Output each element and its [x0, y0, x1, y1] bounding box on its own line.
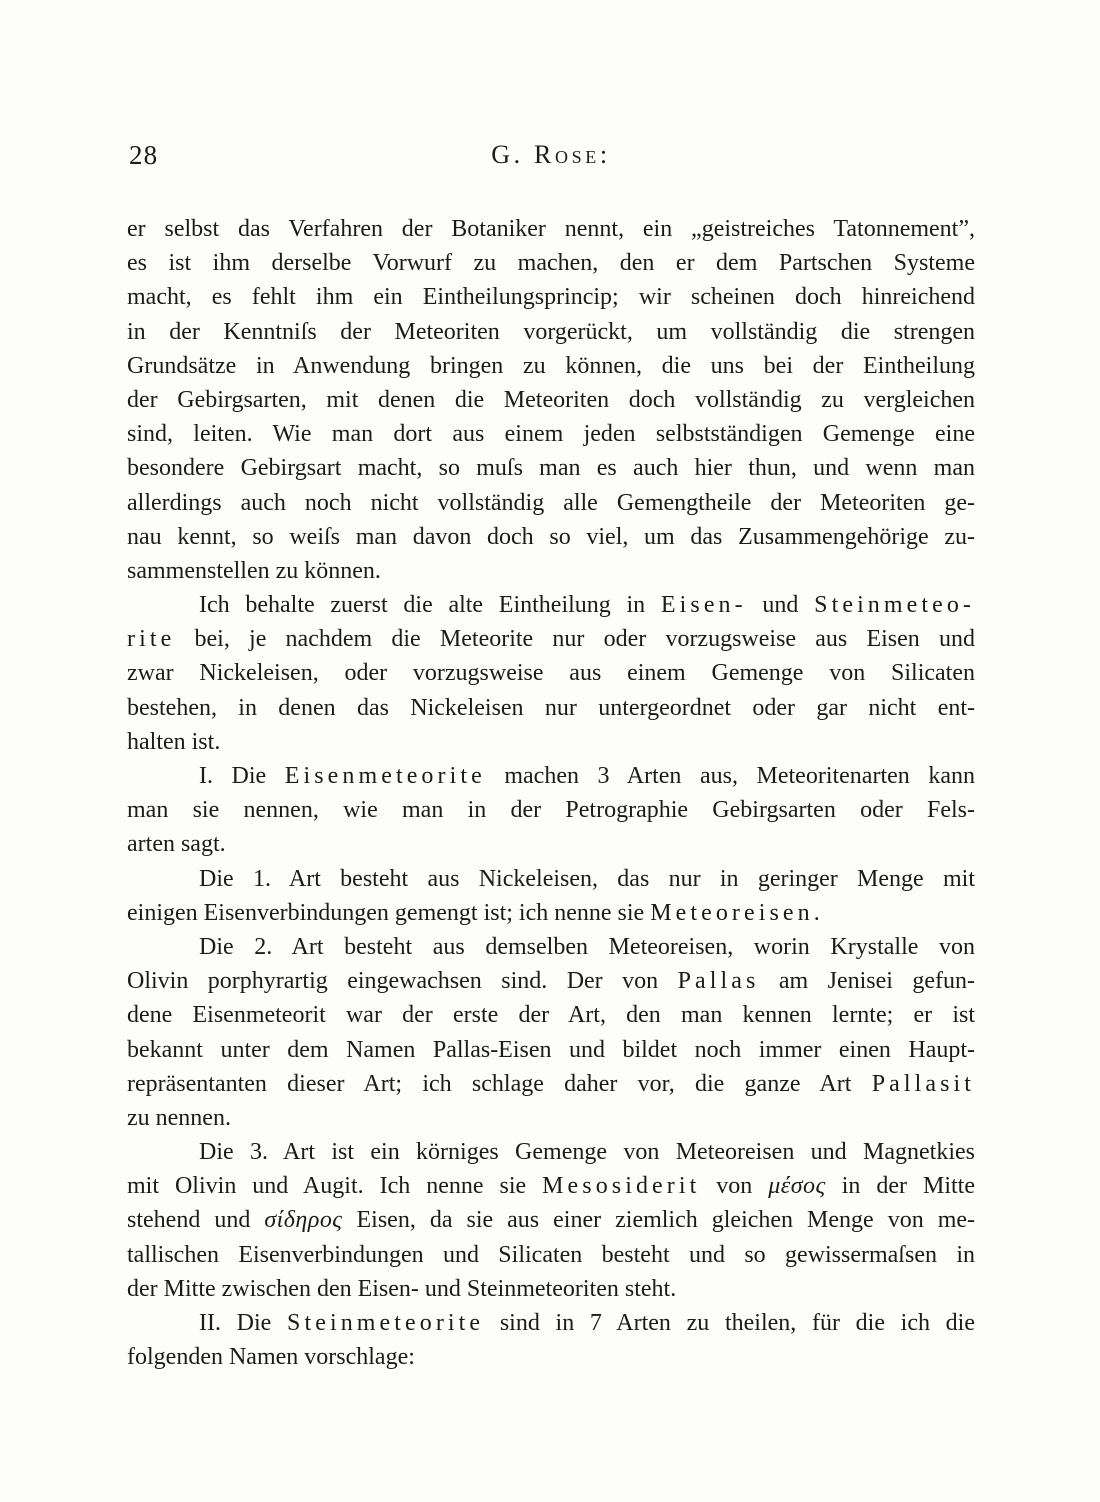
letterspaced-term: Eisen- [661, 592, 747, 618]
text-segment: folgenden Namen vorschlage: [127, 1344, 415, 1370]
text-segment: von [700, 1173, 768, 1199]
text-line: zwar Nickeleisen, oder vorzugsweise aus … [127, 656, 975, 690]
text-line: der Mitte zwischen den Eisen- und Steinm… [127, 1272, 975, 1306]
text-line: besondere Gebirgsart macht, so muſs man … [127, 451, 975, 485]
letterspaced-term: Meteoreisen [650, 900, 814, 926]
text-segment: sammenstellen zu können. [127, 558, 381, 584]
text-line: einigen Eisenverbindungen gemengt ist; i… [127, 896, 975, 930]
text-segment: und [747, 592, 814, 618]
text-line: halten ist. [127, 725, 975, 759]
text-segment: Ich behalte zuerst die alte Eintheilung … [199, 592, 661, 618]
text-segment: Die 3. Art ist ein körniges Gemenge von … [199, 1139, 975, 1165]
text-segment: zu nennen. [127, 1105, 231, 1131]
text-line: rite bei, je nachdem die Meteorite nur o… [127, 622, 975, 656]
text-line: der Gebirgsarten, mit denen die Meteorit… [127, 383, 975, 417]
text-segment: zwar Nickeleisen, oder vorzugsweise aus … [127, 660, 975, 686]
text-segment: einigen Eisenverbindungen gemengt ist; i… [127, 900, 650, 926]
text-line: stehend und σίδηρος Eisen, da sie aus ei… [127, 1203, 975, 1237]
text-segment: der Mitte zwischen den Eisen- und Steinm… [127, 1276, 676, 1302]
text-segment: man sie nennen, wie man in der Petrograp… [127, 797, 975, 823]
text-line: sammenstellen zu können. [127, 554, 975, 588]
page-number: 28 [129, 140, 158, 171]
letterspaced-term: Mesosiderit [542, 1173, 700, 1199]
text-line: Die 3. Art ist ein körniges Gemenge von … [127, 1135, 975, 1169]
greek-term: σίδηρος [264, 1207, 342, 1233]
text-line: Die 2. Art besteht aus demselben Meteore… [127, 930, 975, 964]
text-line: er selbst das Verfahren der Botaniker ne… [127, 212, 975, 246]
text-segment: arten sagt. [127, 831, 226, 857]
text-line: mit Olivin und Augit. Ich nenne sie Meso… [127, 1169, 975, 1203]
text-line: allerdings auch noch nicht vollständig a… [127, 486, 975, 520]
text-line: Die 1. Art besteht aus Nickeleisen, das … [127, 862, 975, 896]
text-line: man sie nennen, wie man in der Petrograp… [127, 793, 975, 827]
text-segment: dene Eisenmeteorit war der erste der Art… [127, 1002, 975, 1028]
text-line: dene Eisenmeteorit war der erste der Art… [127, 998, 975, 1032]
text-line: sind, leiten. Wie man dort aus einem jed… [127, 417, 975, 451]
text-line: I. Die Eisenmeteorite machen 3 Arten aus… [127, 759, 975, 793]
text-segment: macht, es fehlt ihm ein Eintheilungsprin… [127, 284, 975, 310]
text-segment: Die 2. Art besteht aus demselben Meteore… [199, 934, 975, 960]
text-segment: mit Olivin und Augit. Ich nenne sie [127, 1173, 542, 1199]
text-segment: nau kennt, so weiſs man davon doch so vi… [127, 524, 975, 550]
text-line: bekannt unter dem Namen Pallas-Eisen und… [127, 1033, 975, 1067]
text-segment: der Gebirgsarten, mit denen die Meteorit… [127, 387, 975, 413]
text-segment: allerdings auch noch nicht vollständig a… [127, 490, 975, 516]
text-line: folgenden Namen vorschlage: [127, 1340, 975, 1374]
text-line: bestehen, in denen das Nickeleisen nur u… [127, 691, 975, 725]
text-line: II. Die Steinmeteorite sind in 7 Arten z… [127, 1306, 975, 1340]
text-line: Grundsätze in Anwendung bringen zu könne… [127, 349, 975, 383]
letterspaced-term: Steinmeteo- [814, 592, 975, 618]
page-header: 28 G. Rose: [127, 140, 975, 172]
book-page: 28 G. Rose: er selbst das Verfahren der … [0, 0, 1100, 1502]
letterspaced-term: Pallas [678, 968, 760, 994]
letterspaced-term: Steinmeteorite [287, 1310, 484, 1336]
text-segment: sind, leiten. Wie man dort aus einem jed… [127, 421, 975, 447]
text-segment: am Jenisei gefun- [759, 968, 975, 994]
text-segment: II. Die [199, 1310, 287, 1336]
text-segment: bekannt unter dem Namen Pallas-Eisen und… [127, 1037, 975, 1063]
text-segment: bei, je nachdem die Meteorite nur oder v… [175, 626, 975, 652]
text-line: in der Kenntniſs der Meteoriten vorgerüc… [127, 315, 975, 349]
text-line: Olivin porphyrartig eingewachsen sind. D… [127, 964, 975, 998]
text-segment: stehend und [127, 1207, 264, 1233]
body-text: er selbst das Verfahren der Botaniker ne… [127, 212, 975, 1374]
letterspaced-term: Pallasit [872, 1071, 975, 1097]
text-segment: in der Kenntniſs der Meteoriten vorgerüc… [127, 319, 975, 345]
text-line: Ich behalte zuerst die alte Eintheilung … [127, 588, 975, 622]
text-segment: . [814, 900, 820, 926]
text-line: repräsentanten dieser Art; ich schlage d… [127, 1067, 975, 1101]
text-segment: Olivin porphyrartig eingewachsen sind. D… [127, 968, 678, 994]
running-head: G. Rose: [127, 140, 975, 170]
text-line: tallischen Eisenverbindungen und Silicat… [127, 1238, 975, 1272]
text-segment: Die 1. Art besteht aus Nickeleisen, das … [199, 866, 975, 892]
text-segment: es ist ihm derselbe Vorwurf zu machen, d… [127, 250, 975, 276]
text-segment: machen 3 Arten aus, Meteoritenarten kann [486, 763, 975, 789]
text-segment: er selbst das Verfahren der Botaniker ne… [127, 216, 975, 242]
text-line: arten sagt. [127, 827, 975, 861]
text-segment: sind in 7 Arten zu theilen, für die ich … [484, 1310, 975, 1336]
letterspaced-term: rite [127, 626, 175, 652]
text-segment: tallischen Eisenverbindungen und Silicat… [127, 1242, 975, 1268]
text-line: es ist ihm derselbe Vorwurf zu machen, d… [127, 246, 975, 280]
text-segment: bestehen, in denen das Nickeleisen nur u… [127, 695, 975, 721]
text-segment: halten ist. [127, 729, 220, 755]
text-line: macht, es fehlt ihm ein Eintheilungsprin… [127, 280, 975, 314]
greek-term: μέσος [768, 1173, 825, 1199]
text-segment: I. Die [199, 763, 285, 789]
text-segment: in der Mitte [826, 1173, 975, 1199]
text-segment: besondere Gebirgsart macht, so muſs man … [127, 455, 975, 481]
text-segment: repräsentanten dieser Art; ich schlage d… [127, 1071, 872, 1097]
text-segment: Grundsätze in Anwendung bringen zu könne… [127, 353, 975, 379]
letterspaced-term: Eisenmeteorite [285, 763, 486, 789]
text-line: zu nennen. [127, 1101, 975, 1135]
text-line: nau kennt, so weiſs man davon doch so vi… [127, 520, 975, 554]
text-segment: Eisen, da sie aus einer ziemlich gleiche… [343, 1207, 975, 1233]
